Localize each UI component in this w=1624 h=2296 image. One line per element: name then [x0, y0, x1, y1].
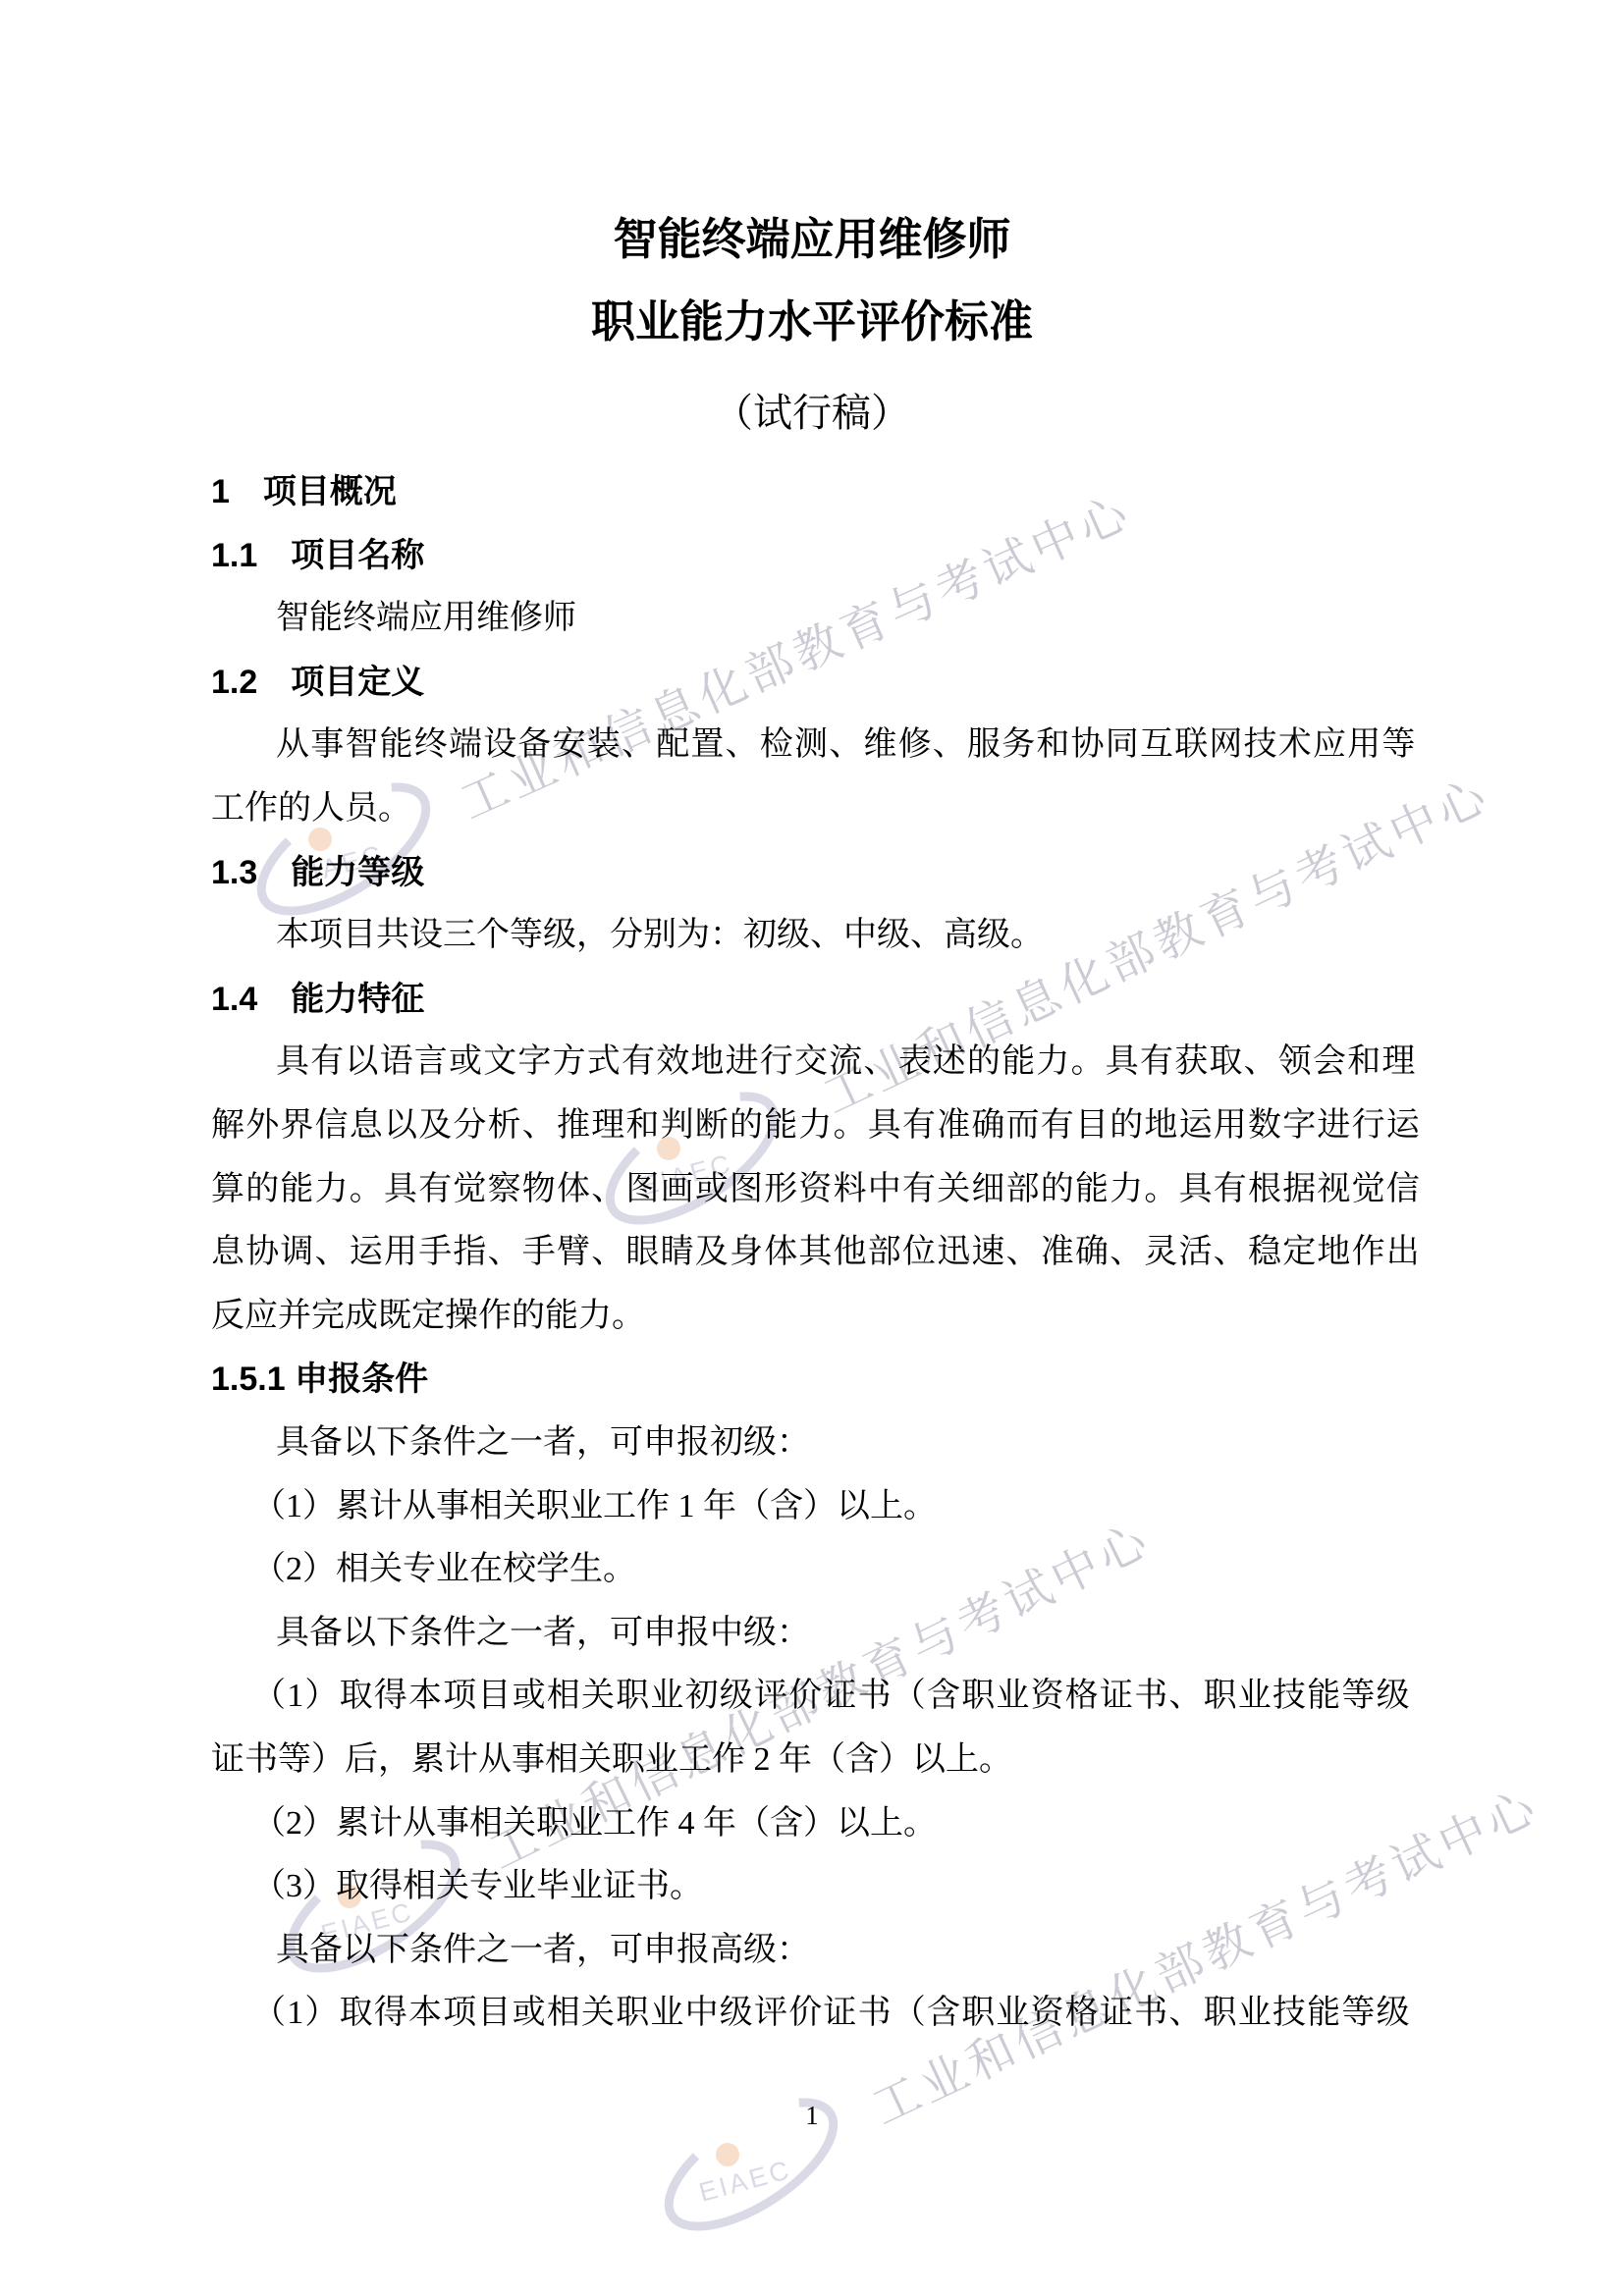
- document-title-line1: 智能终端应用维修师: [0, 214, 1624, 265]
- document-page: EIAEC EIAEC EIAEC EIAEC 工业和信息化部教育与考试中心工业…: [0, 0, 1624, 2296]
- doc-line: 本项目共设三个等级，分别为：初级、中级、高级。: [211, 914, 1044, 957]
- section-heading: 1.1 项目名称: [211, 534, 424, 577]
- section-heading: 1 项目概况: [211, 470, 397, 513]
- doc-line: 证书等）后，累计从事相关职业工作 2 年（含）以上。: [211, 1738, 1012, 1782]
- section-heading: 1.5.1 申报条件: [211, 1358, 428, 1401]
- doc-line: 具备以下条件之一者，可申报高级：: [211, 1929, 810, 1972]
- doc-line: 算的能力。具有觉察物体、图画或图形资料中有关细部的能力。具有根据视觉信: [211, 1168, 1421, 1211]
- document-title-line2: 职业能力水平评价标准: [0, 296, 1624, 347]
- section-heading: 1.4 能力特征: [211, 978, 424, 1021]
- doc-line: 解外界信息以及分析、推理和判断的能力。具有准确而有目的地运用数字进行运: [211, 1104, 1421, 1148]
- section-heading: 1.2 项目定义: [211, 661, 424, 704]
- doc-line: （2）累计从事相关职业工作 4 年（含）以上。: [211, 1802, 937, 1845]
- doc-line: 具备以下条件之一者，可申报初级：: [211, 1421, 810, 1465]
- doc-line: 智能终端应用维修师: [211, 597, 576, 640]
- doc-line: 具备以下条件之一者，可申报中级：: [211, 1612, 810, 1655]
- section-heading: 1.3 能力等级: [211, 851, 424, 894]
- doc-line: 息协调、运用手指、手臂、眼睛及身体其他部位迅速、准确、灵活、稳定地作出: [211, 1231, 1421, 1274]
- doc-line: 工作的人员。: [211, 787, 411, 830]
- page-number: 1: [0, 2101, 1624, 2131]
- doc-line: （1）取得本项目或相关职业初级评价证书（含职业资格证书、职业技能等级: [211, 1675, 1411, 1718]
- doc-line: （2）相关专业在校学生。: [211, 1548, 636, 1591]
- doc-line: 从事智能终端设备安装、配置、检测、维修、服务和协同互联网技术应用等: [211, 723, 1417, 767]
- doc-line: 具有以语言或文字方式有效地进行交流、表述的能力。具有获取、领会和理: [211, 1041, 1417, 1084]
- doc-line: （1）取得本项目或相关职业中级评价证书（含职业资格证书、职业技能等级: [211, 1992, 1411, 2035]
- doc-line: 反应并完成既定操作的能力。: [211, 1295, 645, 1338]
- doc-line: （3）取得相关专业毕业证书。: [211, 1865, 703, 1908]
- document-subtitle: （试行稿）: [0, 391, 1624, 436]
- document-content: 智能终端应用维修师 职业能力水平评价标准 （试行稿） 1 项目概况1.1 项目名…: [0, 0, 1624, 2296]
- doc-line: （1）累计从事相关职业工作 1 年（含）以上。: [211, 1485, 937, 1528]
